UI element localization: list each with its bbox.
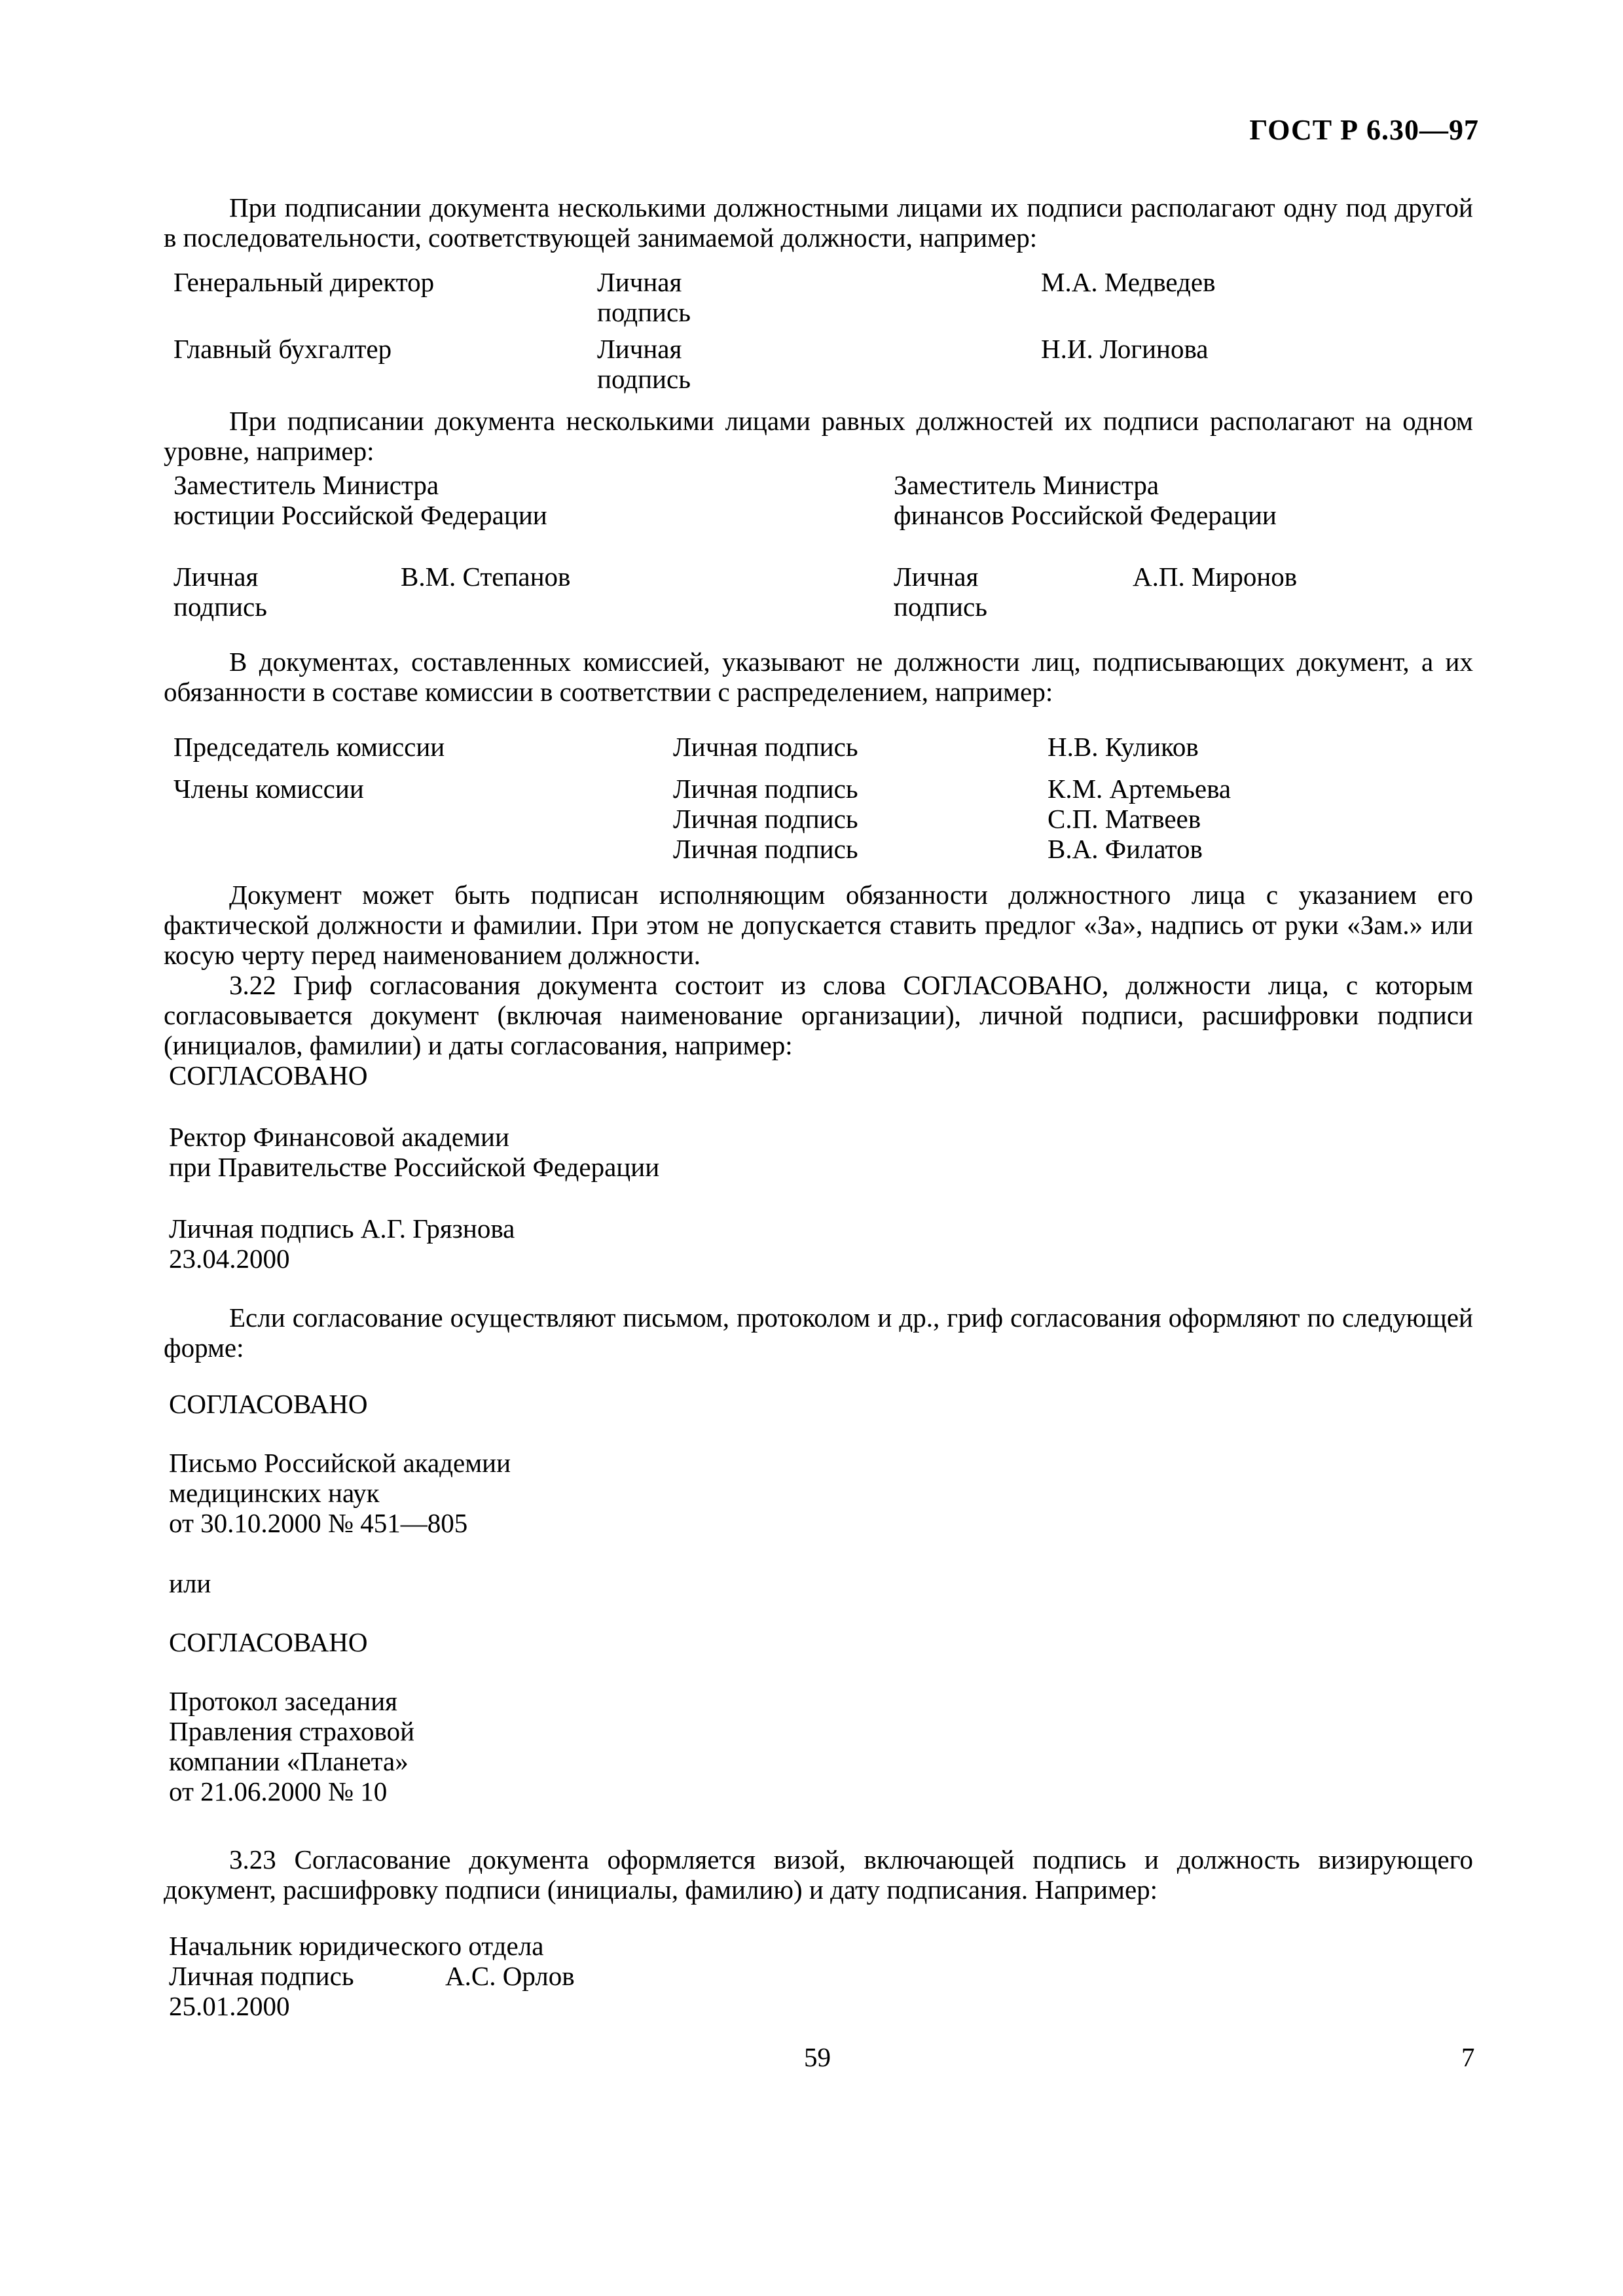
signature-row-name: Н.И. Логинова (1041, 334, 1208, 364)
signature-row-position: Генеральный директор (173, 267, 434, 297)
equal-right-name: А.П. Миронов (1133, 562, 1297, 592)
equal-right-position: Заместитель Министра (894, 470, 1159, 500)
paragraph-text: При подписании документа несколькими лиц… (164, 406, 1473, 466)
equal-left-position: юстиции Российской Федерации (173, 500, 547, 530)
signature-row-signature: Личная (597, 334, 682, 364)
equal-left-position: Заместитель Министра (173, 470, 439, 500)
equal-left-signature: подпись (173, 592, 267, 622)
letter-approval-line: Письмо Российской академии (169, 1448, 511, 1478)
signature-row-signature: Личная (597, 267, 682, 297)
standard-code-header: ГОСТ Р 6.30—97 (1249, 115, 1479, 145)
commission-member-signature: Личная подпись (673, 804, 858, 834)
protocol-approval-line: Правления страховой (169, 1716, 414, 1746)
signature-row-signature: подпись (597, 297, 691, 327)
visa-position: Начальник юридического отдела (169, 1931, 543, 1961)
paragraph-text: 3.22 Гриф согласования документа состоит… (164, 970, 1473, 1060)
visa-signature: Личная подпись (169, 1961, 354, 1991)
approval-signature-line: Личная подпись А.Г. Грязнова (169, 1213, 515, 1244)
signature-row-signature: подпись (597, 364, 691, 394)
equal-right-position: финансов Российской Федерации (894, 500, 1277, 530)
commission-chair-role: Председатель комиссии (173, 732, 445, 762)
letter-approval-line: от 30.10.2000 № 451—805 (169, 1508, 467, 1538)
equal-right-signature: подпись (894, 592, 987, 622)
signature-row-position: Главный бухгалтер (173, 334, 392, 364)
or-label: или (169, 1568, 211, 1598)
equal-left-signature: Личная (173, 562, 258, 592)
commission-chair-name: Н.В. Куликов (1048, 732, 1199, 762)
paragraph-sequential-signatures: При подписании документа несколькими дол… (164, 192, 1473, 253)
paragraph-commission: В документах, составленных комиссией, ук… (164, 647, 1473, 707)
commission-member-name: К.М. Артемьева (1048, 774, 1231, 804)
paragraph-text: В документах, составленных комиссией, ук… (164, 647, 1473, 707)
protocol-approval-line: Протокол заседания (169, 1686, 397, 1716)
visa-name: А.С. Орлов (445, 1961, 575, 1991)
commission-member-signature: Личная подпись (673, 834, 858, 864)
approval-position: при Правительстве Российской Федерации (169, 1152, 659, 1182)
equal-right-signature: Личная (894, 562, 978, 592)
equal-left-name: В.М. Степанов (401, 562, 570, 592)
paragraph-text: 3.23 Согласование документа оформляется … (164, 1844, 1473, 1905)
paragraph-3-22: 3.22 Гриф согласования документа состоит… (164, 970, 1473, 1060)
paragraph-letter-approval: Если согласование осуществляют письмом, … (164, 1302, 1473, 1363)
protocol-approval-line: от 21.06.2000 № 10 (169, 1776, 387, 1806)
paragraph-acting-official: Документ может быть подписан исполняющим… (164, 880, 1473, 970)
visa-date: 25.01.2000 (169, 1991, 290, 2021)
approval-position: Ректор Финансовой академии (169, 1122, 509, 1152)
commission-member-name: С.П. Матвеев (1048, 804, 1201, 834)
commission-member-signature: Личная подпись (673, 774, 858, 804)
commission-member-name: В.А. Филатов (1048, 834, 1203, 864)
paragraph-text: Если согласование осуществляют письмом, … (164, 1302, 1473, 1363)
commission-members-role: Члены комиссии (173, 774, 364, 804)
protocol-approval-heading: СОГЛАСОВАНО (169, 1627, 368, 1657)
approval-date: 23.04.2000 (169, 1244, 290, 1274)
signature-row-name: М.А. Медведев (1041, 267, 1215, 297)
letter-approval-heading: СОГЛАСОВАНО (169, 1389, 368, 1419)
paragraph-text: При подписании документа несколькими дол… (164, 192, 1473, 253)
approval-heading: СОГЛАСОВАНО (169, 1060, 368, 1090)
paragraph-equal-signatures: При подписании документа несколькими лиц… (164, 406, 1473, 466)
page-number-center: 59 (804, 2042, 831, 2072)
document-page: ГОСТ Р 6.30—97 При подписании документа … (0, 0, 1623, 2296)
page-number-right: 7 (1461, 2042, 1475, 2072)
protocol-approval-line: компании «Планета» (169, 1746, 409, 1776)
letter-approval-line: медицинских наук (169, 1478, 380, 1508)
paragraph-text: Документ может быть подписан исполняющим… (164, 880, 1473, 970)
commission-chair-signature: Личная подпись (673, 732, 858, 762)
paragraph-3-23: 3.23 Согласование документа оформляется … (164, 1844, 1473, 1905)
